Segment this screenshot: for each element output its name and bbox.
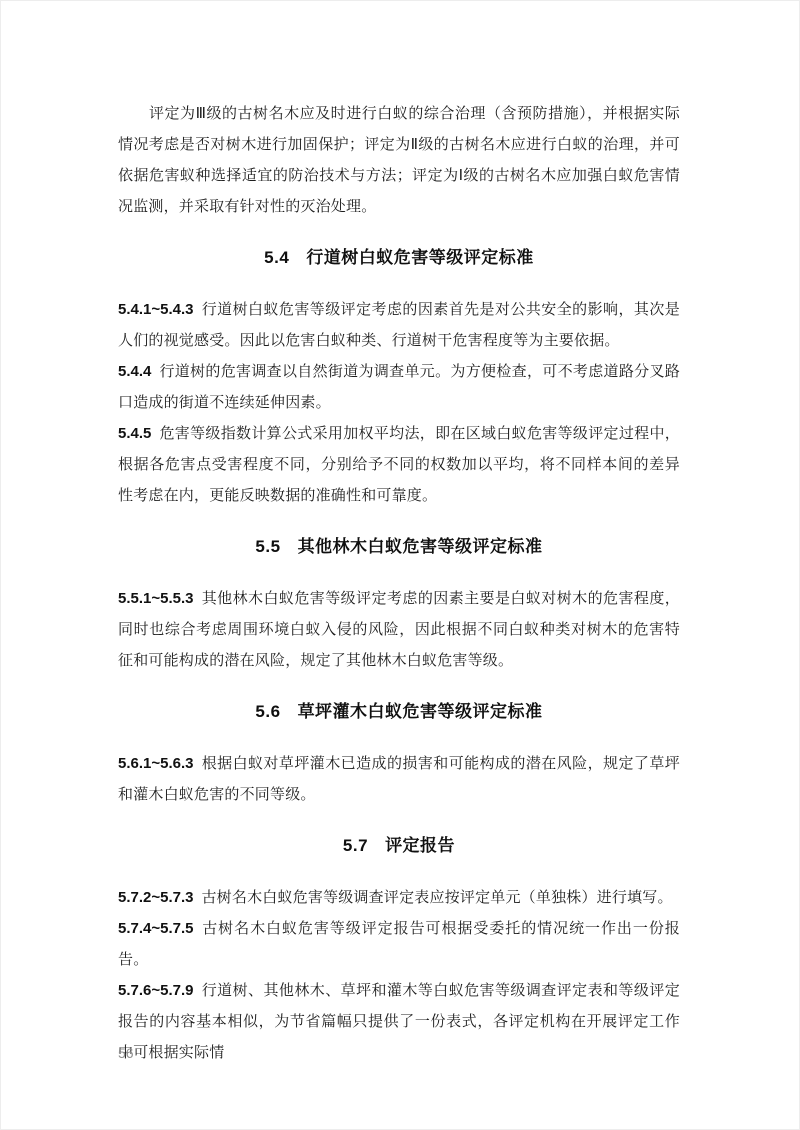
clause-text: 行道树的危害调查以自然街道为调查单元。为方便检查，可不考虑道路分叉路口造成的街道…: [118, 363, 680, 411]
clause-number: 5.5.1~5.5.3: [118, 590, 201, 607]
section-number: 5.5: [255, 537, 280, 556]
clause-number: 5.4.1~5.4.3: [118, 301, 201, 318]
clause-paragraph: 5.5.1~5.5.3其他林木白蚁危害等级评定考虑的因素主要是白蚁对树木的危害程…: [118, 583, 680, 676]
clause-paragraph: 5.7.2~5.7.3古树名木白蚁危害等级调查评定表应按评定单元（单独株）进行填…: [118, 882, 680, 913]
clause-number: 5.6.1~5.6.3: [118, 755, 201, 772]
clause-text: 其他林木白蚁危害等级评定考虑的因素主要是白蚁对树木的危害程度，同时也综合考虑周围…: [118, 590, 680, 669]
section-heading-5-5: 5.5其他林木白蚁危害等级评定标准: [118, 535, 680, 559]
section-number: 5.7: [343, 836, 368, 855]
clause-text: 根据白蚁对草坪灌木已造成的损害和可能构成的潜在风险，规定了草坪和灌木白蚁危害的不…: [118, 755, 680, 803]
section-heading-5-4: 5.4行道树白蚁危害等级评定标准: [118, 246, 680, 270]
section-heading-5-6: 5.6草坪灌木白蚁危害等级评定标准: [118, 700, 680, 724]
clause-text: 古树名木白蚁危害等级调查评定表应按评定单元（单独株）进行填写。: [201, 889, 672, 906]
section-title: 草坪灌木白蚁危害等级评定标准: [298, 702, 543, 721]
intro-paragraph: 评定为Ⅲ级的古树名木应及时进行白蚁的综合治理（含预防措施），并根据实际情况考虑是…: [118, 98, 680, 222]
clause-paragraph: 5.4.4行道树的危害调查以自然街道为调查单元。为方便检查，可不考虑道路分叉路口…: [118, 356, 680, 418]
section-number: 5.4: [264, 248, 289, 267]
clause-paragraph: 5.6.1~5.6.3根据白蚁对草坪灌木已造成的损害和可能构成的潜在风险，规定了…: [118, 748, 680, 810]
clause-paragraph: 5.4.1~5.4.3行道树白蚁危害等级评定考虑的因素首先是对公共安全的影响，其…: [118, 294, 680, 356]
section-title: 评定报告: [385, 836, 455, 855]
clause-paragraph: 5.7.6~5.7.9行道树、其他林木、草坪和灌木等白蚁危害等级调查评定表和等级…: [118, 975, 680, 1068]
section-heading-5-7: 5.7评定报告: [118, 834, 680, 858]
clause-number: 5.4.4: [118, 363, 159, 380]
clause-number: 5.4.5: [118, 425, 159, 442]
clause-text: 古树名木白蚁危害等级评定报告可根据受委托的情况统一作出一份报告。: [118, 920, 680, 968]
section-title: 行道树白蚁危害等级评定标准: [306, 248, 534, 267]
clause-number: 5.7.4~5.7.5: [118, 920, 201, 937]
clause-paragraph: 5.4.5危害等级指数计算公式采用加权平均法，即在区域白蚁危害等级评定过程中，根…: [118, 418, 680, 511]
clause-text: 危害等级指数计算公式采用加权平均法，即在区域白蚁危害等级评定过程中，根据各危害点…: [118, 425, 680, 504]
page-content: 评定为Ⅲ级的古树名木应及时进行白蚁的综合治理（含预防措施），并根据实际情况考虑是…: [0, 0, 800, 1068]
clause-text: 行道树白蚁危害等级评定考虑的因素首先是对公共安全的影响，其次是人们的视觉感受。因…: [118, 301, 680, 349]
clause-text: 行道树、其他林木、草坪和灌木等白蚁危害等级调查评定表和等级评定报告的内容基本相似…: [118, 982, 680, 1061]
document-page: 评定为Ⅲ级的古树名木应及时进行白蚁的综合治理（含预防措施），并根据实际情况考虑是…: [0, 0, 800, 1130]
section-title: 其他林木白蚁危害等级评定标准: [298, 537, 543, 556]
clause-number: 5.7.2~5.7.3: [118, 889, 201, 906]
page-number: 56: [118, 1043, 134, 1063]
clause-paragraph: 5.7.4~5.7.5古树名木白蚁危害等级评定报告可根据受委托的情况统一作出一份…: [118, 913, 680, 975]
section-number: 5.6: [255, 702, 280, 721]
clause-number: 5.7.6~5.7.9: [118, 982, 201, 999]
